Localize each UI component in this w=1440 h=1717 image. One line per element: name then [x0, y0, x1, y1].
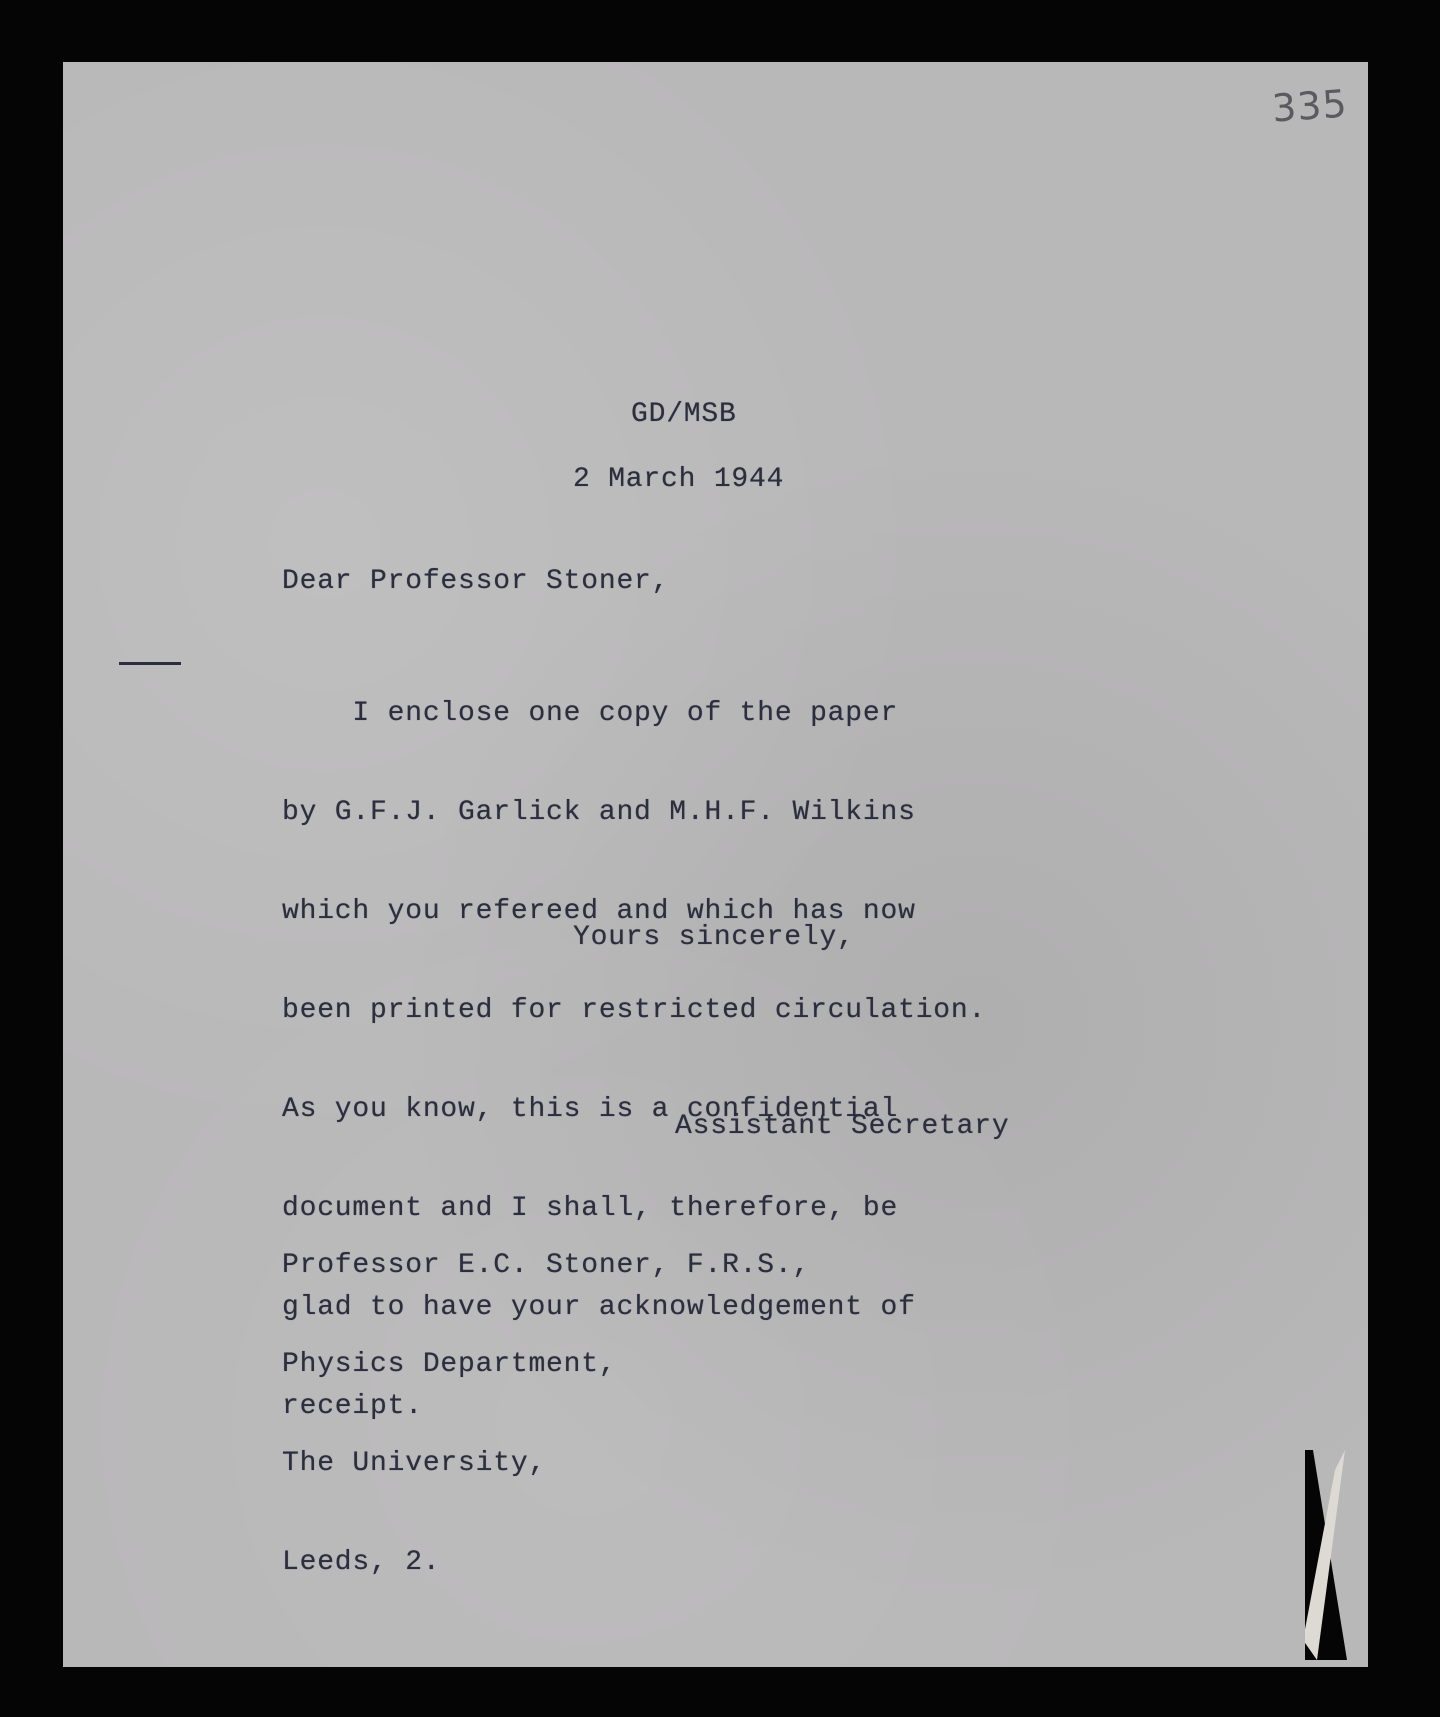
- closing: Yours sincerely,: [573, 921, 855, 954]
- recipient-address: Professor E.C. Stoner, F.R.S., Physics D…: [282, 1183, 810, 1612]
- salutation: Dear Professor Stoner,: [282, 565, 669, 598]
- address-line: Physics Department,: [282, 1348, 810, 1381]
- reference-code: GD/MSB: [631, 398, 737, 431]
- address-line: The University,: [282, 1447, 810, 1480]
- body-line: been printed for restricted circulation.: [282, 994, 986, 1027]
- address-line: Leeds, 2.: [282, 1546, 810, 1579]
- folded-corner: [1305, 1450, 1375, 1660]
- body-line: I enclose one copy of the paper: [282, 697, 986, 730]
- letter-date: 2 March 1944: [573, 463, 784, 496]
- body-line: by G.F.J. Garlick and M.H.F. Wilkins: [282, 796, 986, 829]
- folio-number: 335: [1271, 81, 1349, 130]
- address-line: Professor E.C. Stoner, F.R.S.,: [282, 1249, 810, 1282]
- margin-mark: [119, 662, 181, 665]
- signatory: Assistant Secretary: [675, 1110, 1009, 1143]
